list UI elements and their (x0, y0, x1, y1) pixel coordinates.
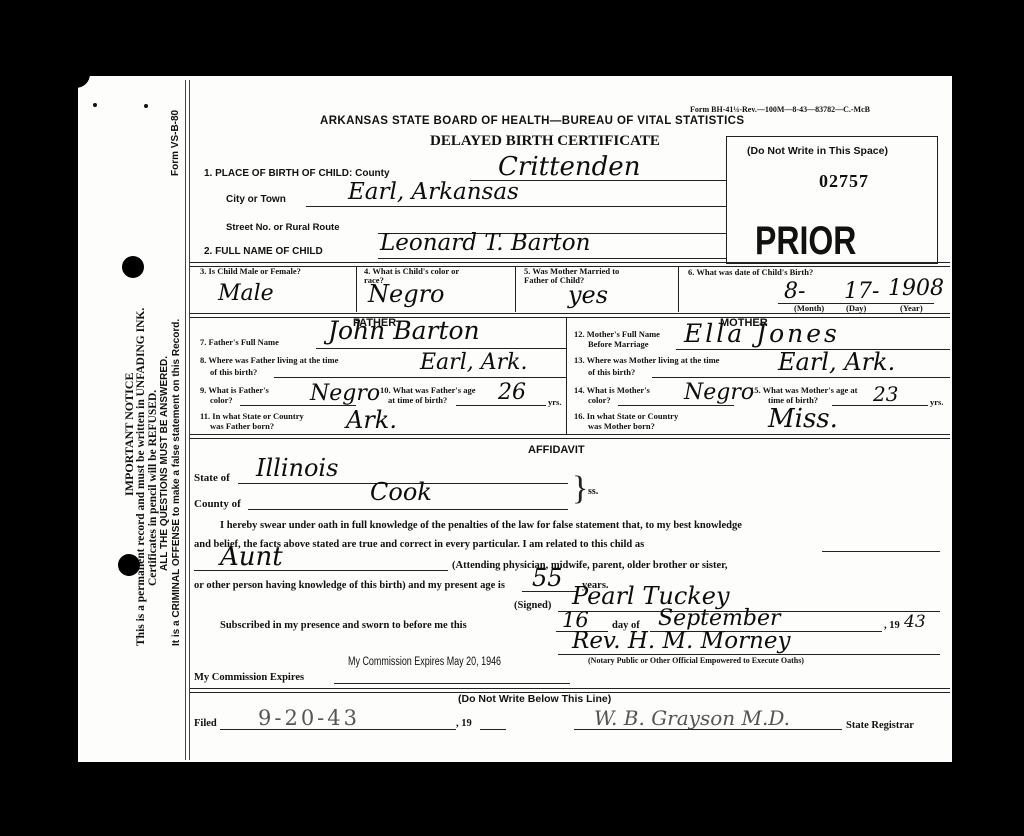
father-birthplace-label-1: 11. In what State or Country (200, 412, 304, 421)
notice-line-3: ALL THE QUESTIONS MUST BE ANSWERED. (159, 356, 170, 571)
father-age-label-1: 10. What was Father's age (380, 386, 475, 395)
dob-label: 6. What was date of Child's Birth? (688, 268, 813, 277)
father-residence-label-1: 8. Where was Father living at the time (200, 356, 338, 365)
certificate-number: 02757 (819, 171, 869, 192)
form-number: Form BH-41¼-Rev.—100M—8-43—83782—C.-McB (690, 105, 870, 114)
father-color-value: Negro (310, 381, 380, 406)
sworn-year-value: 43 (904, 612, 926, 632)
commission-field (334, 683, 570, 684)
month-caption: (Month) (794, 304, 824, 313)
father-birthplace-label-2: was Father born? (210, 422, 274, 431)
father-name-value: John Barton (328, 316, 480, 345)
father-residence-label-2: of this birth? (210, 368, 257, 377)
mother-birthplace-label-1: 16. In what State or Country (574, 412, 678, 421)
punch-hole (122, 256, 144, 278)
state-of-label: State of (194, 472, 230, 484)
notary-caption: (Notary Public or Other Official Empower… (588, 656, 804, 665)
married-value: yes (568, 281, 608, 309)
filed-label: Filed (194, 718, 217, 729)
father-color-label-1: 9. What is Father's (200, 386, 269, 395)
affidavit-text-4: or other person having knowledge of this… (194, 580, 505, 591)
prior-stamp: PRIOR (755, 219, 856, 264)
notice-line-1: This is a permanent record and must be w… (135, 308, 147, 646)
sex-label: 3. Is Child Male or Female? (200, 267, 320, 276)
mother-color-label-1: 14. What is Mother's (574, 386, 650, 395)
mother-residence-label-1: 13. Where was Mother living at the time (574, 356, 719, 365)
sworn-label: Subscribed in my presence and sworn to b… (220, 620, 467, 631)
day-caption: (Day) (846, 304, 866, 313)
child-name-label: 2. FULL NAME OF CHILD (204, 246, 323, 257)
sex-value: Male (218, 281, 274, 306)
ss-label: ss. (588, 486, 598, 497)
county-of-label: County of (194, 498, 241, 510)
street-label: Street No. or Rural Route (226, 222, 340, 233)
column-divider (566, 317, 567, 435)
father-age-value: 26 (498, 380, 526, 405)
dob-day: 17- (844, 279, 879, 304)
dob-year: 1908 (888, 276, 944, 301)
commission-stamp: My Commission Expires May 20, 1946 (348, 656, 501, 668)
affidavit-text-3: (Attending physician, midwife, parent, o… (452, 560, 727, 571)
do-not-write-below-label: (Do Not Write Below This Line) (458, 693, 611, 705)
agency-name: ARKANSAS STATE BOARD OF HEALTH—BUREAU OF… (320, 115, 744, 127)
column-divider (678, 266, 679, 312)
affidavit-county-field (248, 509, 568, 510)
affidavit-county-value: Cook (370, 478, 432, 506)
registrar-label: State Registrar (846, 720, 914, 731)
filed-date-value: 9-20-43 (258, 706, 360, 730)
rule (190, 434, 950, 439)
column-divider (515, 266, 516, 312)
office-box-header: (Do Not Write in This Space) (747, 145, 888, 157)
mother-age-value: 23 (873, 382, 898, 406)
important-notice-strip: Form VS-B-80 IMPORTANT NOTICE This is a … (78, 76, 188, 762)
mother-yrs: yrs. (930, 398, 943, 407)
registrar-signature: W. B. Grayson M.D. (594, 706, 790, 730)
notice-line-4: It is a CRIMINAL OFFENSE to make a false… (171, 319, 182, 646)
father-residence-value: Earl, Ark. (420, 350, 527, 375)
father-age-label-2: at time of birth? (388, 396, 447, 405)
mother-birthplace-value: Miss. (768, 404, 838, 434)
child-name-field (378, 258, 726, 259)
father-birthplace-value: Ark. (346, 406, 397, 434)
mother-name-label-1: 12. Mother's Full Name (574, 330, 660, 339)
form-code: Form VS-B-80 (170, 110, 181, 176)
father-color-label-2: color? (210, 396, 233, 405)
mother-color-value: Negro (684, 380, 754, 405)
notary-signature-field (558, 654, 940, 655)
place-of-birth-label: 1. PLACE OF BIRTH OF CHILD: County (204, 168, 390, 179)
mother-birthplace-label-2: was Mother born? (588, 422, 655, 431)
city-field (306, 206, 726, 207)
punch-dot (93, 103, 97, 107)
mother-name-value: Ella Jones (684, 319, 840, 348)
brace: } (572, 472, 588, 506)
signed-label: (Signed) (514, 600, 551, 611)
filed-year-field (480, 729, 506, 730)
column-divider (356, 266, 357, 312)
commission-label: My Commission Expires (194, 672, 304, 683)
mother-residence-field (652, 377, 950, 378)
mother-color-field (618, 405, 734, 406)
affidavit-text-1: I hereby swear under oath in full knowle… (220, 520, 742, 531)
father-age-field (456, 405, 546, 406)
relation-value: Aunt (220, 542, 283, 572)
punch-dot (144, 104, 148, 108)
father-residence-field (274, 377, 566, 378)
dob-month: 8- (784, 279, 805, 304)
side-divider (185, 80, 190, 760)
mother-color-label-2: color? (588, 396, 611, 405)
affiant-age-value: 55 (532, 564, 563, 592)
year-caption: (Year) (900, 304, 923, 313)
office-use-box: (Do Not Write in This Space) 02757 PRIOR (726, 136, 938, 264)
city-value: Earl, Arkansas (348, 179, 519, 205)
relation-field-line1 (822, 551, 940, 552)
father-name-field (316, 348, 566, 349)
father-name-label: 7. Father's Full Name (200, 338, 279, 347)
rule (190, 313, 950, 318)
mother-residence-value: Earl, Ark. (778, 348, 895, 376)
county-value: Crittenden (498, 152, 640, 182)
mother-residence-label-2: of this birth? (588, 368, 635, 377)
city-label: City or Town (226, 194, 286, 205)
father-yrs: yrs. (548, 398, 561, 407)
certificate-title: DELAYED BIRTH CERTIFICATE (430, 133, 660, 150)
filed-year-prefix: , 19 (456, 718, 472, 729)
child-name-value: Leonard T. Barton (380, 230, 590, 256)
sworn-year-prefix: , 19 (884, 620, 900, 631)
birth-certificate-page: Form VS-B-80 IMPORTANT NOTICE This is a … (78, 76, 952, 762)
affidavit-heading: AFFIDAVIT (528, 444, 585, 456)
notice-line-2: Certificates in pencil will be REFUSED. (147, 390, 159, 586)
mother-name-label-2: Before Marriage (588, 340, 649, 349)
race-value: Negro (368, 280, 445, 308)
mother-age-label-1: 15. What was Mother's age at (750, 386, 858, 395)
affidavit-state-value: Illinois (256, 454, 338, 482)
notary-signature: Rev. H. M. Morney (572, 628, 790, 654)
